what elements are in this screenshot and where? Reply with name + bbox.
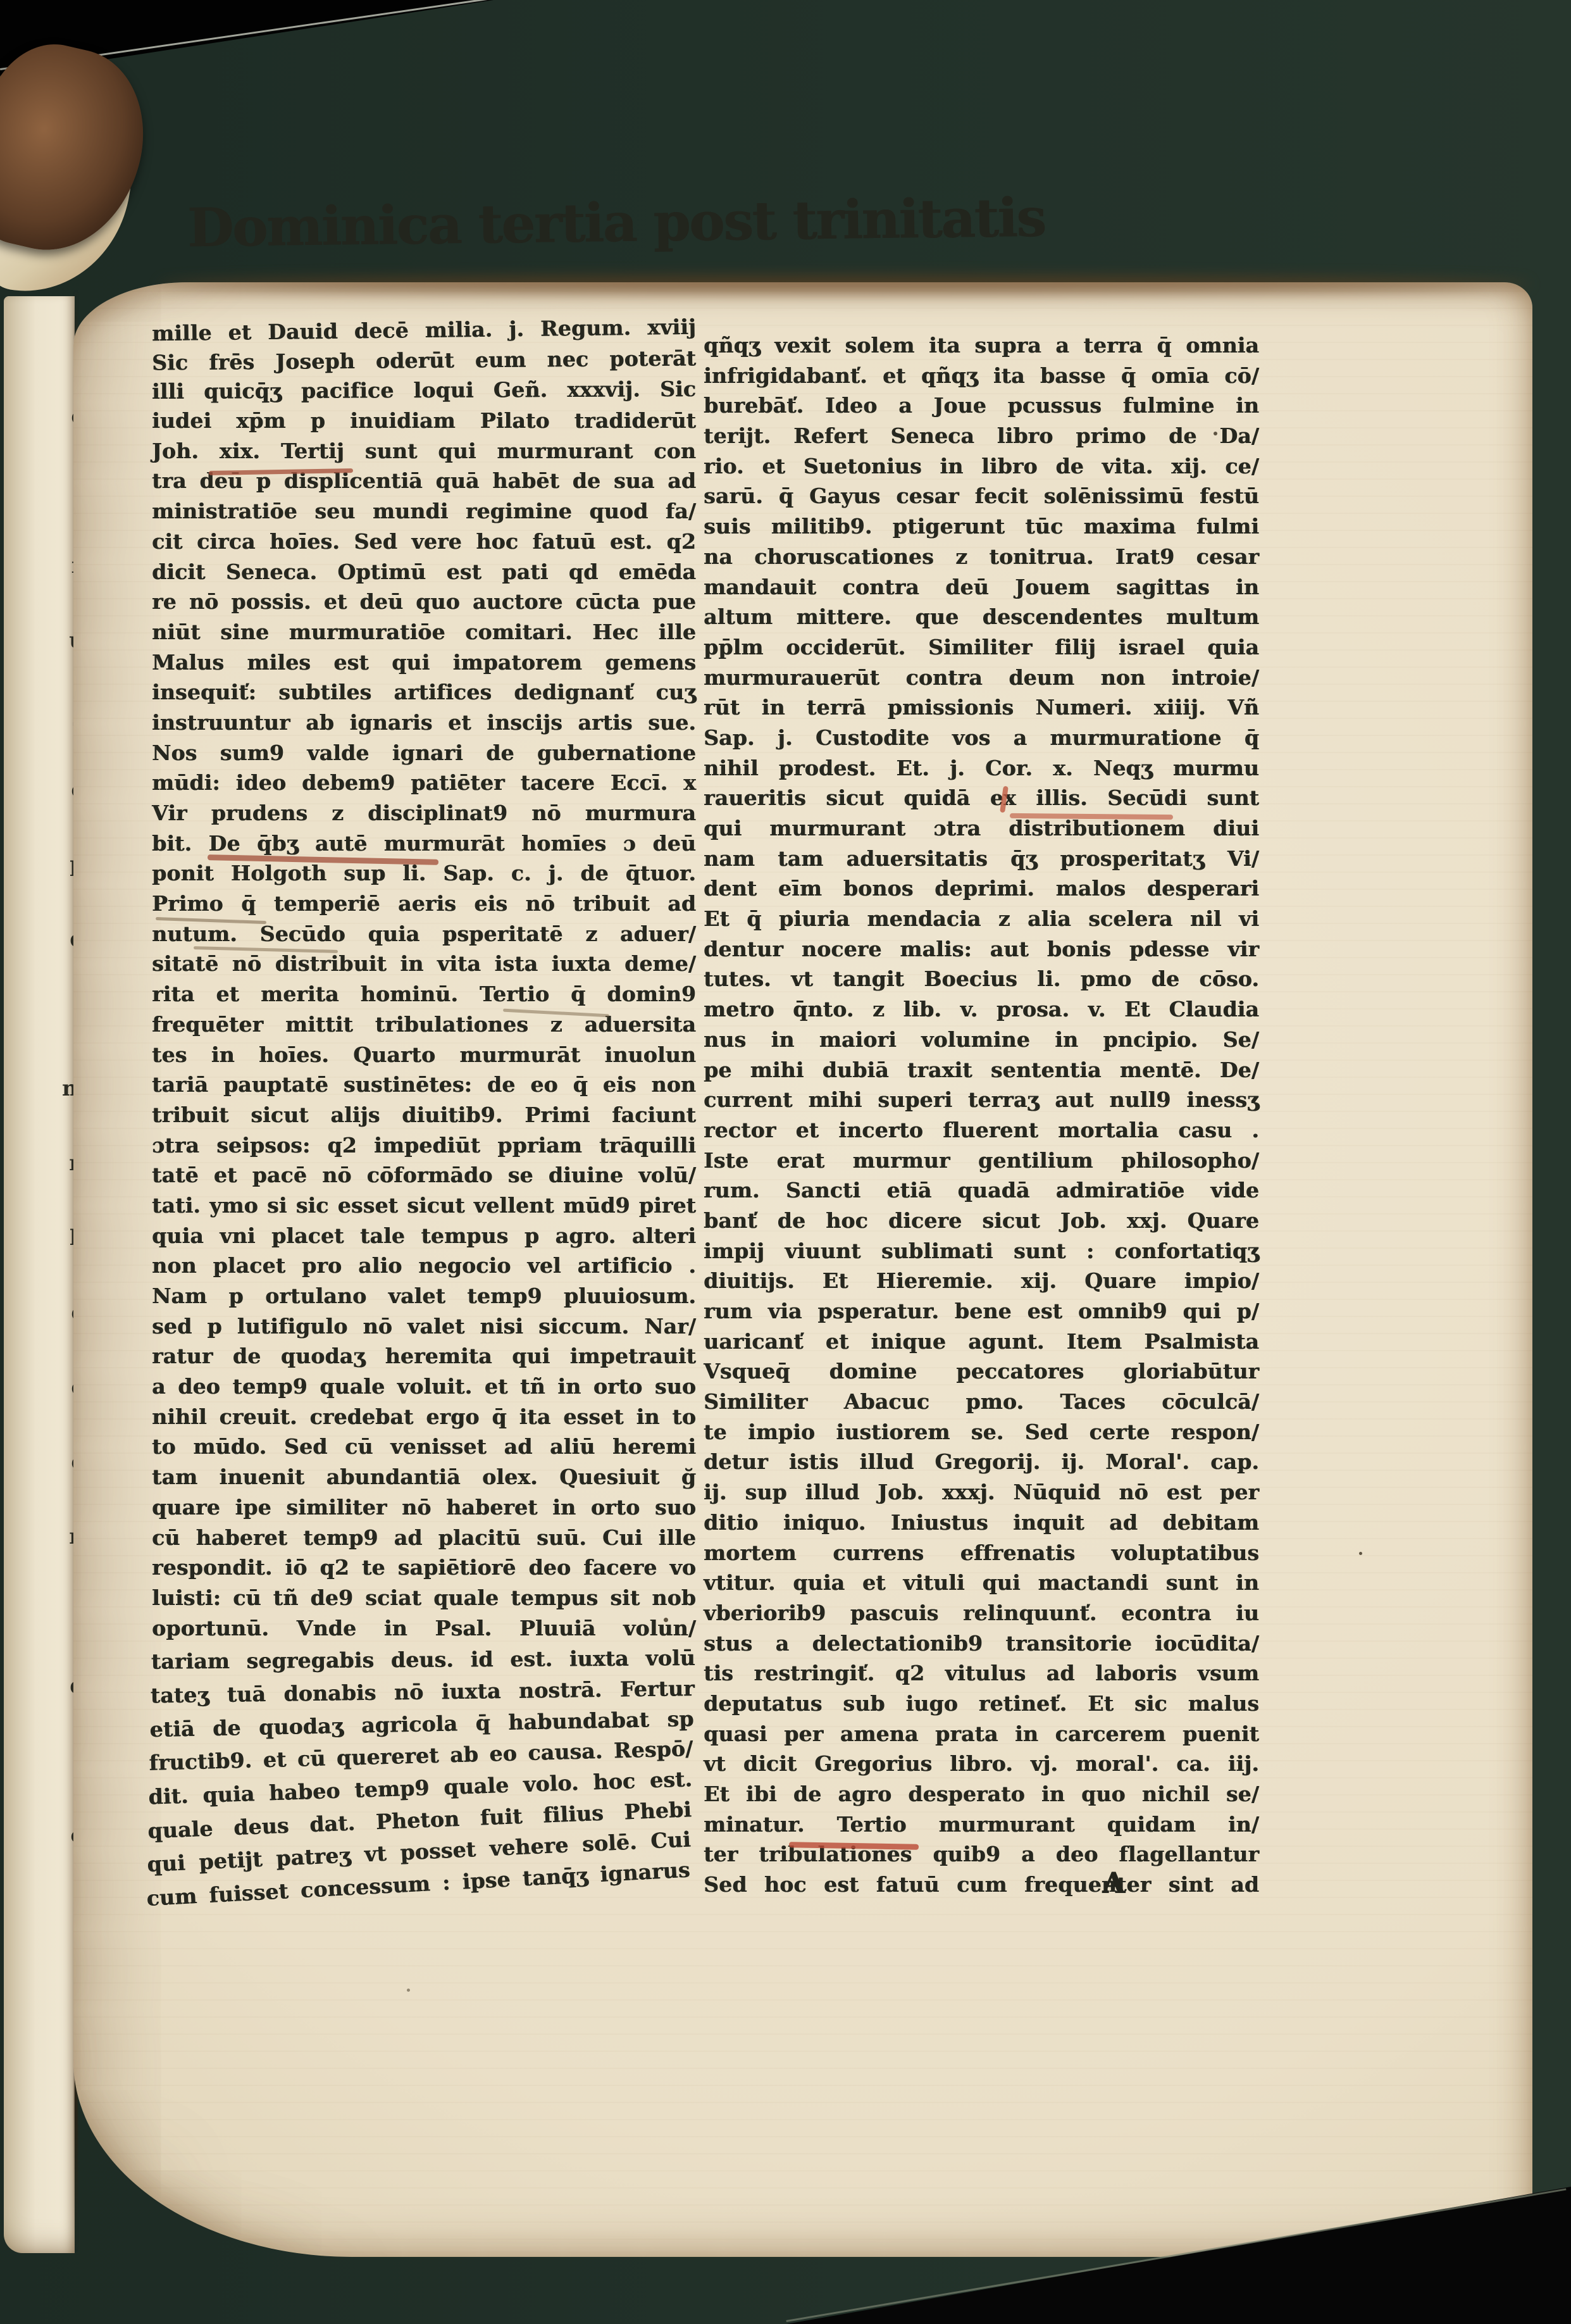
text-line: pe mihi dubiā traxit sententia mentē. De… (704, 1055, 1259, 1085)
text-line: infrigidabanť. et qñqʒ ita basse q̄ omīa… (704, 361, 1259, 391)
text-line: re nō possis. et deū quo auctore cūcta p… (152, 587, 696, 617)
scan-background: etxuʒepdimnbeeentqso Dominica tertia pos… (0, 0, 1571, 2324)
previous-leaf-edge: etxuʒepdimnbeeentqso (4, 296, 75, 2253)
text-line: vt dicit Gregorius libro. vj. moral'. ca… (704, 1749, 1259, 1779)
text-line: Nam p ortulano valet temp9 pluuiosum. (152, 1281, 696, 1311)
paper-speck (407, 1989, 410, 1992)
text-line: tis restringiť. q2 vitulus ad laboris vs… (704, 1658, 1259, 1689)
spine-headband (0, 31, 161, 267)
paper-speck (1359, 1552, 1362, 1555)
text-line: rector et incerto fluerent mortalia casu… (704, 1115, 1259, 1146)
text-line: ratur de quodaʒ heremita qui impetrauit (152, 1341, 696, 1371)
text-line: cit circa hoīes. Sed vere hoc fatuū est.… (152, 527, 696, 557)
text-line: Et q̄ piuria mendacia z alia scelera nil… (704, 904, 1259, 934)
text-line: insequiť: subtiles artifices dedignanť c… (152, 677, 696, 708)
text-line: Joh. xix. Tertij sunt qui murmurant con (152, 436, 696, 466)
text-line: pp̄lm occiderūt. Similiter filij israel … (704, 632, 1259, 663)
text-line: qui murmurant ɔtra distributionem diui (704, 813, 1259, 844)
text-line: Vir prudens z disciplinat9 nō murmura (152, 798, 696, 828)
page-top-browned-edge (158, 276, 1531, 292)
text-line: Malus miles est qui impatorem gemens (152, 647, 696, 678)
text-line: mille et Dauid decē milia. j. Regum. xvi… (152, 312, 697, 349)
text-line: impij viuunt sublimati sunt : confortati… (704, 1236, 1259, 1266)
text-line: tutes. vt tangit Boecius li. pmo de cōso… (704, 964, 1259, 994)
page-title: Dominica tertia post trinitatis (187, 186, 1045, 259)
text-line: luisti: cū tñ de9 sciat quale tempus sit… (152, 1583, 696, 1613)
text-line: te impio iustiorem se. Sed certe respon/ (704, 1417, 1259, 1447)
text-line: detur istis illud Gregorij. ij. Moral'. … (704, 1447, 1259, 1477)
text-line: dentur nocere malis: aut bonis pdesse vi… (704, 934, 1259, 965)
text-line: illi quicq̄ʒ pacifice loqui Geñ. xxxvij.… (152, 374, 696, 407)
text-line: mandauit contra deū Jouem sagittas in (704, 572, 1259, 603)
text-line: burebāť. Ideo a Joue pcussus fulmine in (704, 390, 1259, 421)
text-line: vberiorib9 pascuis relinquunť. econtra i… (704, 1598, 1259, 1628)
text-line: Sed hoc est fatuū cum frequenter sint ad (704, 1870, 1259, 1900)
text-line: raueritis sicut quidā ex illis. Secūdi s… (704, 783, 1259, 813)
text-line: sitatē nō distribuit in vita ista iuxta … (152, 949, 696, 979)
text-line: rio. et Suetonius in libro de vita. xij.… (704, 451, 1259, 482)
text-line: deputatus sub iugo retineť. Et sic malus (704, 1689, 1259, 1719)
text-line: nihil creuit. credebat ergo q̄ ita esset… (152, 1402, 696, 1432)
text-line: Sic frēs Joseph oderūt eum nec poterāt (152, 343, 696, 378)
text-line: terijt. Refert Seneca libro primo de Da/ (704, 421, 1259, 451)
text-line: nutum. Secūdo quia psperitatē z aduer/ (152, 919, 696, 949)
text-line: altum mittere. que descendentes multum (704, 602, 1259, 632)
text-column-left: mille et Dauid decē milia. j. Regum. xvi… (152, 315, 696, 1885)
text-line: tariam segregabis deus. id est. iuxta vo… (151, 1643, 695, 1677)
text-line: rum via psperatur. bene est omnib9 qui p… (704, 1296, 1259, 1327)
text-line: nam tam aduersitatis q̄ʒ prosperitatʒ Vi… (704, 844, 1259, 874)
quire-signature-mark: A (1102, 1866, 1125, 1900)
text-line: tatē et pacē nō cōformādo se diuine volū… (152, 1160, 696, 1190)
text-line: sarū. q̄ Gayus cesar fecit solēnissimū f… (704, 481, 1259, 511)
text-line: frequēter mittit tribulationes z aduersi… (152, 1009, 696, 1040)
paper-speck (1214, 432, 1217, 435)
text-line: minatur. Tertio murmurant quidam in/ (704, 1809, 1259, 1840)
text-line: tam inuenit abundantiā olex. Quesiuit ğ (152, 1462, 696, 1492)
text-line: Sap. j. Custodite vos a murmuratione q̄ (704, 723, 1259, 753)
text-line: stus a delectationib9 transitorie iocūdi… (704, 1628, 1259, 1659)
text-line: iudei xp̄m p inuidiam Pilato tradiderūt (152, 406, 696, 436)
text-line: Primo q̄ temperiē aeris eis nō tribuit a… (152, 889, 696, 919)
text-line: uaricanť et inique agunt. Item Psalmista (704, 1327, 1259, 1357)
text-line: current mihi superi terraʒ aut null9 ine… (704, 1085, 1259, 1115)
text-line: metro q̄nto. z lib. v. prosa. v. Et Clau… (704, 994, 1259, 1025)
text-line: rita et merita hominū. Tertio q̄ domin9 (152, 979, 696, 1009)
paper-speck (664, 1618, 668, 1622)
text-line: to mūdo. Sed cū venisset ad aliū heremi (152, 1432, 696, 1462)
text-line: ministratiōe seu mundi regimine quod fa/ (152, 496, 696, 527)
text-line: mortem currens effrenatis voluptatibus (704, 1538, 1259, 1568)
text-line: bit. De q̄bʒ autē murmurāt homīes ɔ deū (152, 828, 696, 859)
text-line: qñqʒ vexit solem ita supra a terra q̄ om… (704, 330, 1259, 361)
text-line: nus in maiori volumine in pncipio. Se/ (704, 1025, 1259, 1055)
text-line: vtitur. quia et vituli qui mactandi sunt… (704, 1568, 1259, 1598)
text-line: na choruscationes z tonitrua. Irat9 cesa… (704, 542, 1259, 572)
text-line: quia vni placet tale tempus p agro. alte… (152, 1221, 696, 1251)
text-line: instruuntur ab ignaris et inscijs artis … (152, 708, 696, 738)
text-line: Et ibi de agro desperato in quo nichil s… (704, 1779, 1259, 1809)
text-line: tati. ymo si sic esset sicut vellent mūd… (152, 1190, 696, 1221)
text-line: ter tribulationes quib9 a deo flagellant… (704, 1839, 1259, 1870)
text-line: quasi per amena prata in carcerem puenit (704, 1719, 1259, 1749)
text-line: tes in hoīes. Quarto murmurāt inuolun (152, 1040, 696, 1070)
text-line: non placet pro alio negocio vel artifici… (152, 1251, 696, 1281)
text-column-right: qñqʒ vexit solem ita supra a terra q̄ om… (704, 330, 1259, 1900)
text-line: sed p lutifigulo nō valet nisi siccum. N… (152, 1311, 696, 1342)
text-line: banť de hoc dicere sicut Job. xxj. Quare (704, 1206, 1259, 1236)
text-line: ij. sup illud Job. xxxj. Nūquid nō est p… (704, 1477, 1259, 1508)
text-line: Nos sum9 valde ignari de gubernatione (152, 738, 696, 768)
text-line: murmurauerūt contra deum non introie/ (704, 663, 1259, 693)
text-line: ditio iniquo. Iniustus inquit ad debitam (704, 1508, 1259, 1538)
text-line: Vsqueq̄ domine peccatores gloriabūtur (704, 1356, 1259, 1387)
text-line: quare ipe similiter nō haberet in orto s… (152, 1492, 696, 1523)
text-line: tariā pauptatē sustinētes: de eo q̄ eis … (152, 1070, 696, 1100)
text-line: dicit Seneca. Optimū est pati qd emēda (152, 557, 696, 587)
text-line: Iste erat murmur gentilium philosopho/ (704, 1146, 1259, 1176)
text-line: rum. Sancti etiā quadā admiratiōe vide (704, 1175, 1259, 1206)
clipped-letter-fragment: m (62, 1076, 75, 1101)
text-line: ɔtra seipsos: q2 impediūt ppriam trāquil… (152, 1130, 696, 1161)
text-line: tribuit sicut alijs diuitib9. Primi faci… (152, 1100, 696, 1130)
text-line: niūt sine murmuratiōe comitari. Hec ille (152, 617, 696, 647)
text-line: cū haberet temp9 ad placitū suū. Cui ill… (152, 1523, 696, 1553)
text-line: suis militib9. ptigerunt tūc maxima fulm… (704, 511, 1259, 542)
text-line: diuitijs. Et Hieremie. xij. Quare impio/ (704, 1266, 1259, 1296)
text-line: a deo temp9 quale voluit. et tñ in orto … (152, 1371, 696, 1402)
text-line: nihil prodest. Et. j. Cor. x. Neqʒ murmu (704, 753, 1259, 784)
text-line: Similiter Abacuc pmo. Taces cōculcā/ (704, 1387, 1259, 1417)
text-line: respondit. iō q2 te sapiētiorē deo facer… (152, 1552, 696, 1583)
text-line: mūdi: ideo debem9 patiēter tacere Eccī. … (152, 768, 696, 798)
text-line: dent eīm bonos deprimi. malos desperari (704, 873, 1259, 904)
text-line: rūt in terrā pmissionis Numeri. xiiij. V… (704, 692, 1259, 723)
text-line: oportunū. Vnde in Psal. Pluuiā volun/ (152, 1613, 696, 1644)
